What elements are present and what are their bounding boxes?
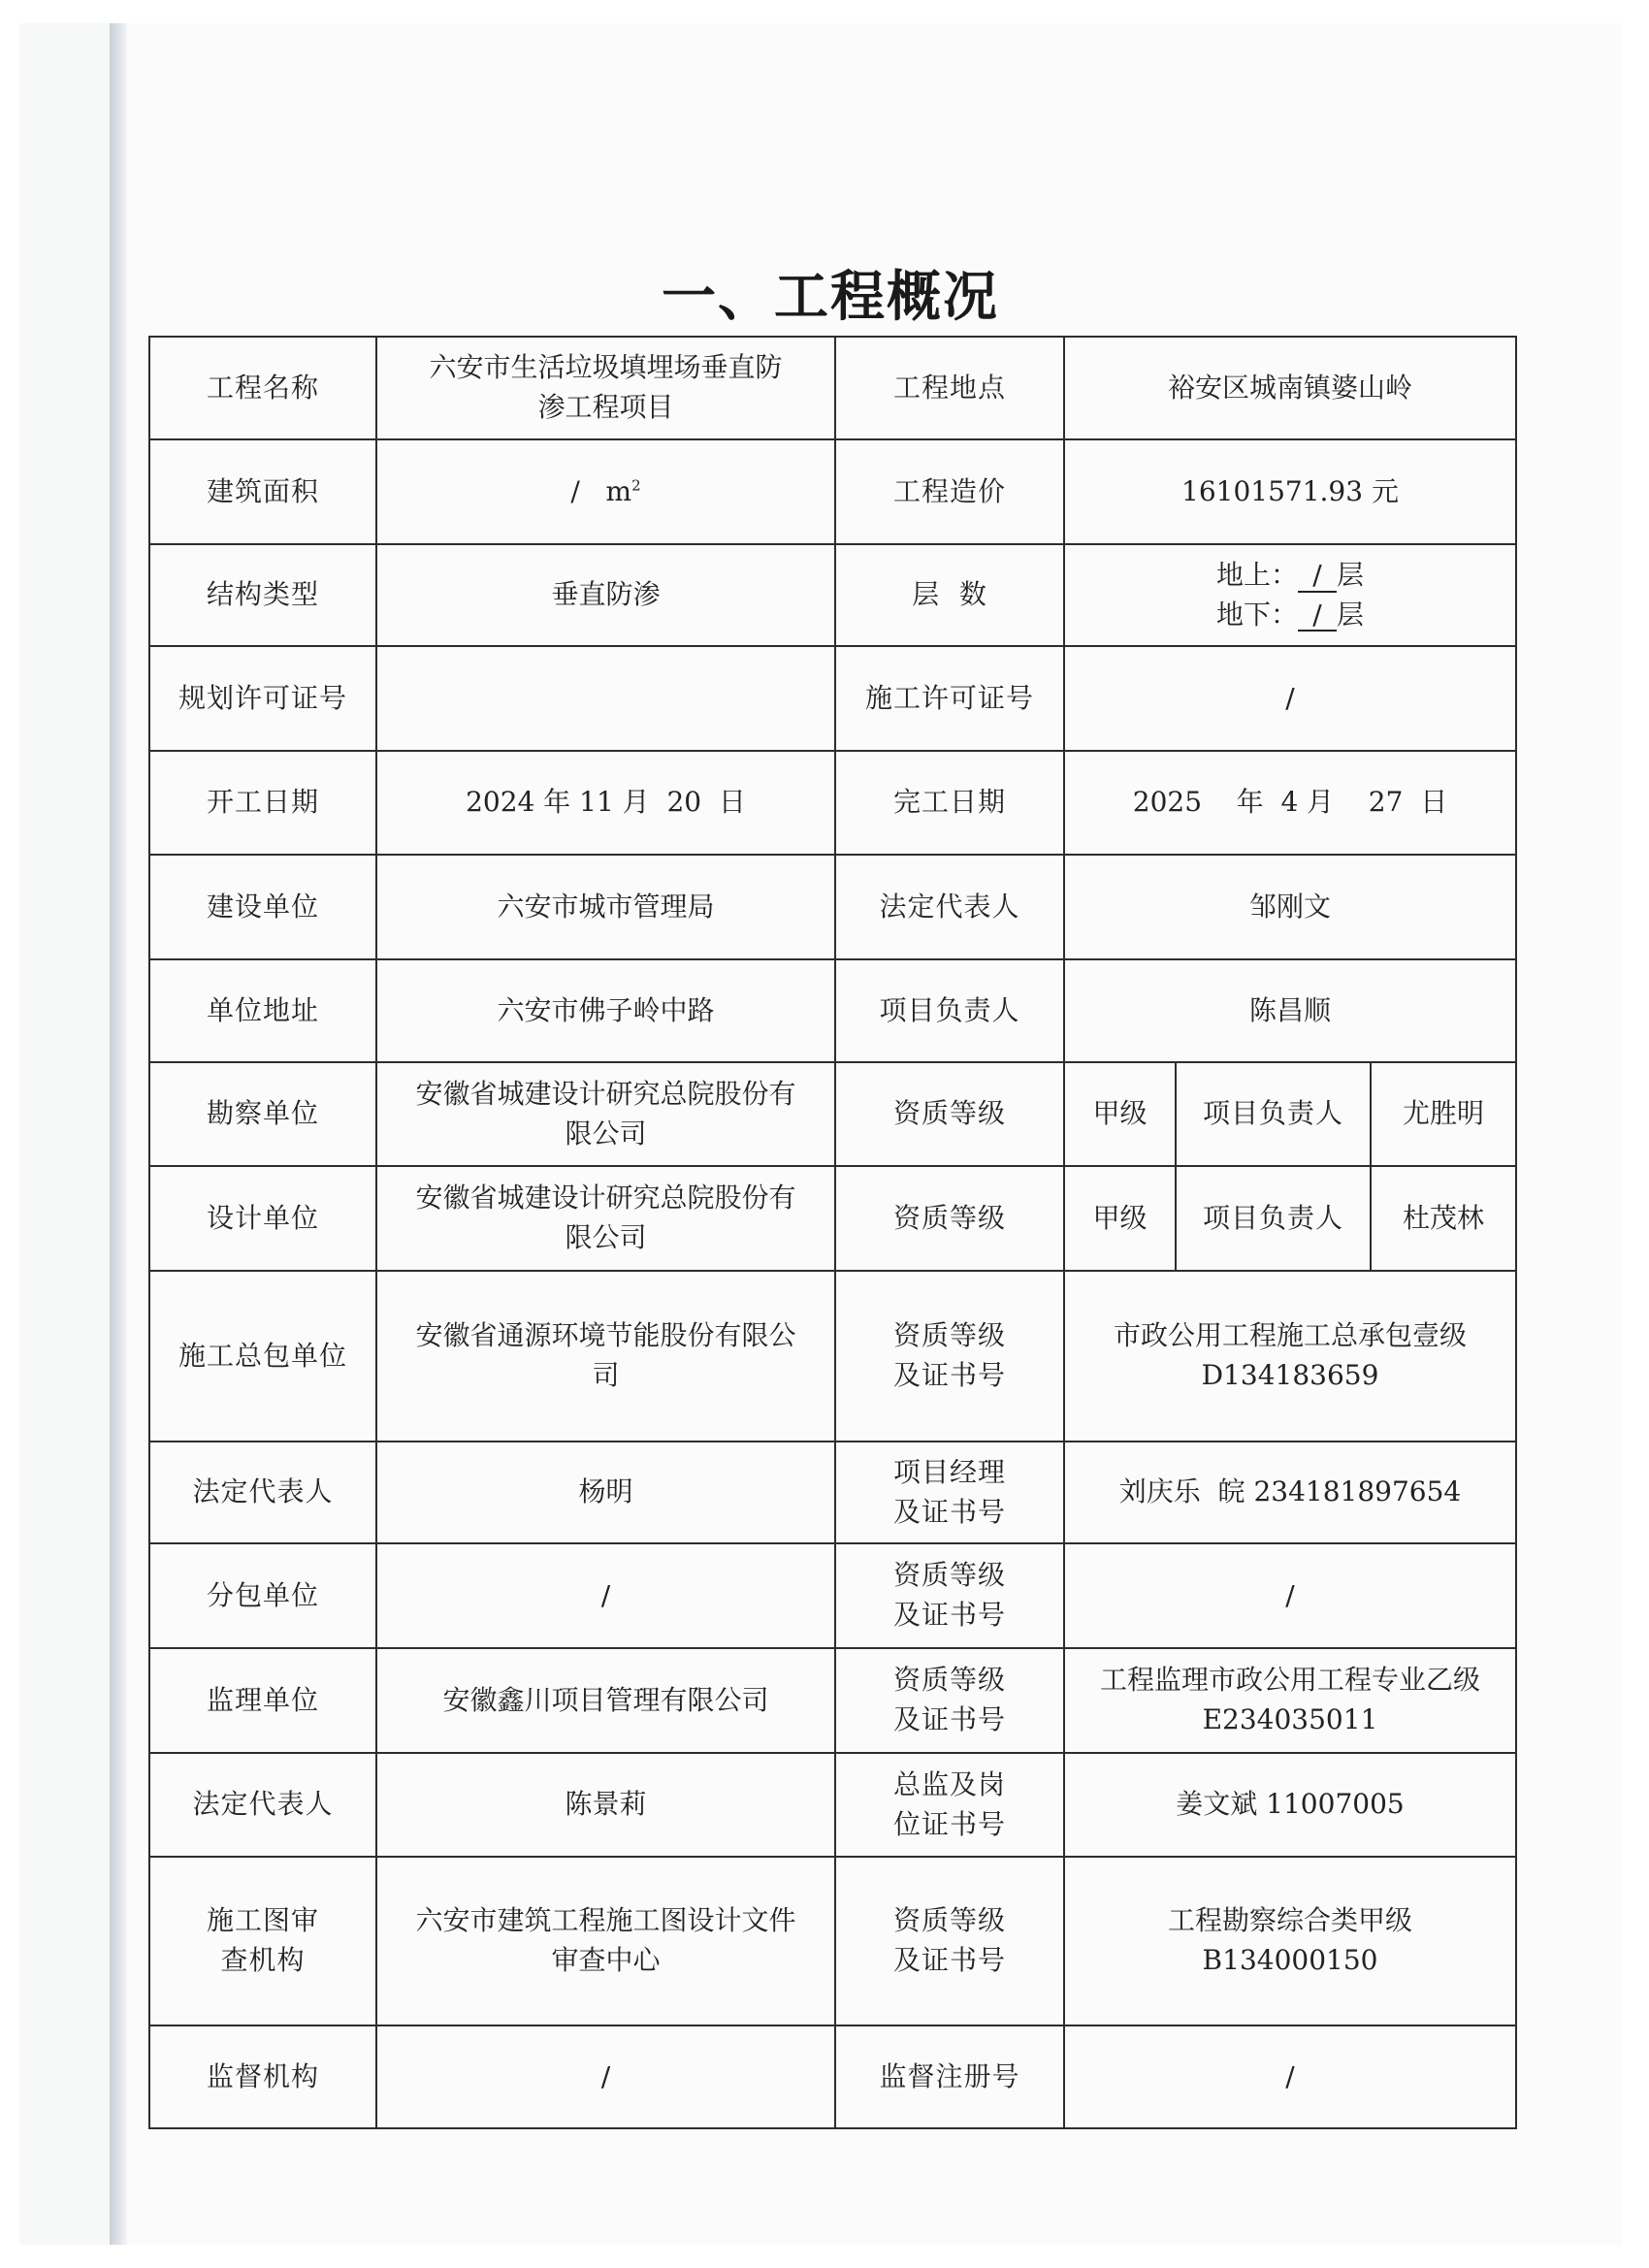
row-owner: 建设单位 六安市城市管理局 法定代表人 邹刚文 [149,855,1516,959]
row-design: 设计单位 安徽省城建设计研究总院股份有限公司 资质等级 甲级 项目负责人 杜茂林 [149,1166,1516,1271]
label-oversight-agency: 监督机构 [149,2025,376,2128]
value-unit-address: 六安市佛子岭中路 [376,959,835,1062]
value-review-qualification: 工程勘察综合类甲级 B134000150 [1064,1857,1516,2025]
label-survey-grade: 资质等级 [835,1062,1064,1166]
label-survey-unit: 勘察单位 [149,1062,376,1166]
building-area-unit: m [606,475,632,507]
label-chief-supervisor-cert: 总监及岗位证书号 [835,1753,1064,1857]
label-review-qualification: 资质等级及证书号 [835,1857,1064,2025]
value-supervision-qualification: 工程监理市政公用工程专业乙级 E234035011 [1064,1648,1516,1753]
row-contractor-rep: 法定代表人 杨明 项目经理及证书号 刘庆乐 皖 234181897654 [149,1442,1516,1543]
row-drawing-review: 施工图审查机构 六安市建筑工程施工图设计文件审查中心 资质等级及证书号 工程勘察… [149,1857,1516,2025]
value-owner-legal-rep: 邹刚文 [1064,855,1516,959]
value-design-unit: 安徽省城建设计研究总院股份有限公司 [376,1166,835,1271]
label-subcontractor-qualification: 资质等级及证书号 [835,1543,1064,1648]
value-planning-permit [376,646,835,751]
label-start-date: 开工日期 [149,751,376,855]
value-survey-grade: 甲级 [1064,1062,1176,1166]
value-construction-permit: / [1064,646,1516,751]
value-oversight-agency: / [376,2025,835,2128]
label-project-location: 工程地点 [835,337,1064,439]
row-project-name: 工程名称 六安市生活垃圾填埋场垂直防渗工程项目 工程地点 裕安区城南镇婆山岭 [149,337,1516,439]
value-supervision-unit: 安徽鑫川项目管理有限公司 [376,1648,835,1753]
label-owner-legal-rep: 法定代表人 [835,855,1064,959]
label-owner-unit: 建设单位 [149,855,376,959]
value-subcontractor: / [376,1543,835,1648]
label-project-name: 工程名称 [149,337,376,439]
floors-below: 地下：/层 [1071,596,1509,635]
label-unit-address: 单位地址 [149,959,376,1062]
value-oversight-registration: / [1064,2025,1516,2128]
row-oversight: 监督机构 / 监督注册号 / [149,2025,1516,2128]
value-design-grade: 甲级 [1064,1166,1176,1271]
value-general-contractor: 安徽省通源环境节能股份有限公司 [376,1271,835,1442]
value-owner-unit: 六安市城市管理局 [376,855,835,959]
value-contractor-legal-rep: 杨明 [376,1442,835,1543]
value-start-date: 2024 年 11 月 20 日 [376,751,835,855]
label-structure-type: 结构类型 [149,544,376,646]
label-supervisor-legal-rep: 法定代表人 [149,1753,376,1857]
label-completion-date: 完工日期 [835,751,1064,855]
label-floors: 层 数 [835,544,1064,646]
binding-shadow [110,23,127,2245]
row-building-area: 建筑面积 / m2 工程造价 16101571.93 元 [149,439,1516,544]
label-supervision-qualification: 资质等级及证书号 [835,1648,1064,1753]
page-title: 一、工程概况 [145,254,1515,332]
value-project-cost: 16101571.93 元 [1064,439,1516,544]
label-supervision-unit: 监理单位 [149,1648,376,1753]
value-project-name: 六安市生活垃圾填埋场垂直防渗工程项目 [376,337,835,439]
row-dates: 开工日期 2024 年 11 月 20 日 完工日期 2025 年 4 月 27… [149,751,1516,855]
label-survey-pm: 项目负责人 [1176,1062,1371,1166]
label-contractor-qualification: 资质等级及证书号 [835,1271,1064,1442]
row-supervisor: 监理单位 安徽鑫川项目管理有限公司 资质等级及证书号 工程监理市政公用工程专业乙… [149,1648,1516,1753]
row-structure: 结构类型 垂直防渗 层 数 地上：/层 地下：/层 [149,544,1516,646]
value-project-location: 裕安区城南镇婆山岭 [1064,337,1516,439]
row-supervisor-rep: 法定代表人 陈景莉 总监及岗位证书号 姜文斌 11007005 [149,1753,1516,1857]
building-area-unit-sup: 2 [631,476,641,494]
label-building-area: 建筑面积 [149,439,376,544]
building-area-number: / [570,475,579,507]
label-subcontractor: 分包单位 [149,1543,376,1648]
label-oversight-registration: 监督注册号 [835,2025,1064,2128]
label-contractor-legal-rep: 法定代表人 [149,1442,376,1543]
label-construction-permit: 施工许可证号 [835,646,1064,751]
value-design-pm: 杜茂林 [1371,1166,1516,1271]
value-building-area: / m2 [376,439,835,544]
value-structure-type: 垂直防渗 [376,544,835,646]
floors-above-value: / [1298,561,1337,593]
value-chief-supervisor-cert: 姜文斌 11007005 [1064,1753,1516,1857]
label-design-grade: 资质等级 [835,1166,1064,1271]
floors-below-value: / [1298,600,1337,632]
value-contractor-qualification: 市政公用工程施工总承包壹级 D134183659 [1064,1271,1516,1442]
project-overview-table: 工程名称 六安市生活垃圾填埋场垂直防渗工程项目 工程地点 裕安区城南镇婆山岭 建… [148,336,1517,2129]
row-owner-address: 单位地址 六安市佛子岭中路 项目负责人 陈昌顺 [149,959,1516,1062]
label-design-pm: 项目负责人 [1176,1166,1371,1271]
value-subcontractor-qualification: / [1064,1543,1516,1648]
value-completion-date: 2025 年 4 月 27 日 [1064,751,1516,855]
value-survey-pm: 尤胜明 [1371,1062,1516,1166]
row-subcontractor: 分包单位 / 资质等级及证书号 / [149,1543,1516,1648]
row-survey: 勘察单位 安徽省城建设计研究总院股份有限公司 资质等级 甲级 项目负责人 尤胜明 [149,1062,1516,1166]
floors-above: 地上：/层 [1071,556,1509,596]
value-drawing-review-agency: 六安市建筑工程施工图设计文件审查中心 [376,1857,835,2025]
value-supervisor-legal-rep: 陈景莉 [376,1753,835,1857]
label-project-manager-cert: 项目经理及证书号 [835,1442,1064,1543]
value-owner-project-lead: 陈昌顺 [1064,959,1516,1062]
label-general-contractor: 施工总包单位 [149,1271,376,1442]
row-permits: 规划许可证号 施工许可证号 / [149,646,1516,751]
label-owner-project-lead: 项目负责人 [835,959,1064,1062]
label-design-unit: 设计单位 [149,1166,376,1271]
label-planning-permit: 规划许可证号 [149,646,376,751]
label-drawing-review-agency: 施工图审查机构 [149,1857,376,2025]
row-contractor: 施工总包单位 安徽省通源环境节能股份有限公司 资质等级及证书号 市政公用工程施工… [149,1271,1516,1442]
label-project-cost: 工程造价 [835,439,1064,544]
value-floors: 地上：/层 地下：/层 [1064,544,1516,646]
value-survey-unit: 安徽省城建设计研究总院股份有限公司 [376,1062,835,1166]
value-project-manager-cert: 刘庆乐 皖 234181897654 [1064,1442,1516,1543]
